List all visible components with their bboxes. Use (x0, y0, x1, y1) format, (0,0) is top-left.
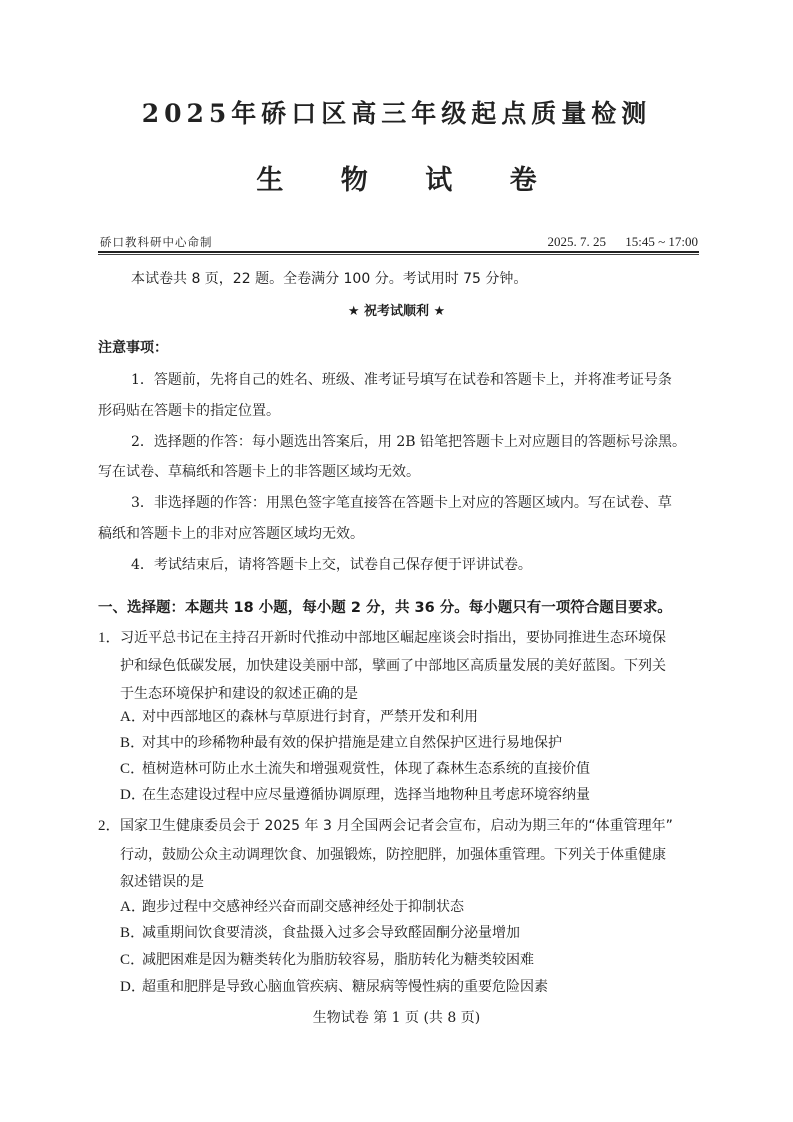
good-luck-banner: ★ 祝考试顺利 ★ (0, 302, 793, 322)
option-b: B．减重期间饮食要清淡，食盐摄入过多会导致醛固酮分泌量增加 (120, 923, 520, 943)
note-line: 形码贴在答题卡的指定位置。 (98, 401, 280, 421)
note-line: 写在试卷、草稿纸和答题卡上的非答题区域均无效。 (98, 462, 420, 482)
option-a: A．对中西部地区的森林与草原进行封育，严禁开发和利用 (120, 707, 478, 727)
question-1-line: 于生态环境保护和建设的叙述正确的是 (120, 684, 358, 704)
notes-heading: 注意事项： (98, 338, 168, 358)
note-line: 4．考试结束后，请将答题卡上交，试卷自己保存便于评讲试卷。 (131, 555, 532, 575)
page-footer: 生物试卷 第 1 页 (共 8 页) (0, 1007, 793, 1027)
exam-title: 2025年硚口区高三年级起点质量检测 (0, 94, 793, 130)
option-d: D．超重和肥胖是导致心脑血管疾病、糖尿病等慢性病的重要危险因素 (120, 977, 548, 997)
exam-datetime: 2025. 7. 25 15:45 ~ 17:00 (531, 234, 698, 250)
option-b: B．对其中的珍稀物种最有效的保护措施是建立自然保护区进行易地保护 (120, 733, 562, 753)
note-line: 1．答题前，先将自己的姓名、班级、准考证号填写在试卷和答题卡上，并将准考证号条 (131, 370, 672, 390)
exam-date: 2025. 7. 25 (547, 234, 606, 249)
question-1-line: 1．习近平总书记在主持召开新时代推动中部地区崛起座谈会时指出，要协同推进生态环境… (98, 628, 666, 648)
question-2-line: 叙述错误的是 (120, 872, 204, 892)
note-line: 2．选择题的作答：每小题选出答案后，用 2B 铅笔把答题卡上对应题目的答题标号涂… (131, 432, 686, 452)
question-number: 1． (98, 628, 120, 648)
option-c: C．减肥困难是因为糖类转化为脂肪较容易，脂肪转化为糖类较困难 (120, 950, 534, 970)
note-line: 3．非选择题的作答：用黑色签字笔直接答在答题卡上对应的答题区域内。写在试卷、草 (131, 493, 672, 513)
question-number: 2． (98, 816, 120, 836)
exam-page: 2025年硚口区高三年级起点质量检测 生 物 试 卷 硚口教科研中心命制 202… (0, 0, 793, 1122)
issuer: 硚口教科研中心命制 (100, 234, 213, 250)
question-2-line: 2．国家卫生健康委员会于 2025 年 3 月全国两会记者会宣布，启动为期三年的… (98, 816, 673, 836)
exam-subject: 生 物 试 卷 (0, 158, 793, 197)
question-2-line: 行动，鼓励公众主动调理饮食、加强锻炼，防控肥胖，加强体重管理。下列关于体重健康 (120, 845, 666, 865)
exam-summary: 本试卷共 8 页，22 题。全卷满分 100 分。考试用时 75 分钟。 (131, 269, 527, 289)
note-line: 稿纸和答题卡上的非对应答题区域均无效。 (98, 524, 364, 544)
option-d: D．在生态建设过程中应尽量遵循协调原理，选择当地物种且考虑环境容纳量 (120, 785, 590, 805)
section-heading: 一、选择题：本题共 18 小题，每小题 2 分，共 36 分。每小题只有一项符合… (98, 598, 672, 618)
option-c: C．植树造林可防止水土流失和增强观赏性，体现了森林生态系统的直接价值 (120, 759, 590, 779)
question-1-line: 护和绿色低碳发展，加快建设美丽中部，擘画了中部地区高质量发展的美好蓝图。下列关 (120, 656, 666, 676)
option-a: A．跑步过程中交感神经兴奋而副交感神经处于抑制状态 (120, 897, 464, 917)
header-rule-thick (98, 251, 699, 253)
exam-time: 15:45 ~ 17:00 (625, 234, 698, 249)
header-rule-thin (98, 254, 699, 255)
